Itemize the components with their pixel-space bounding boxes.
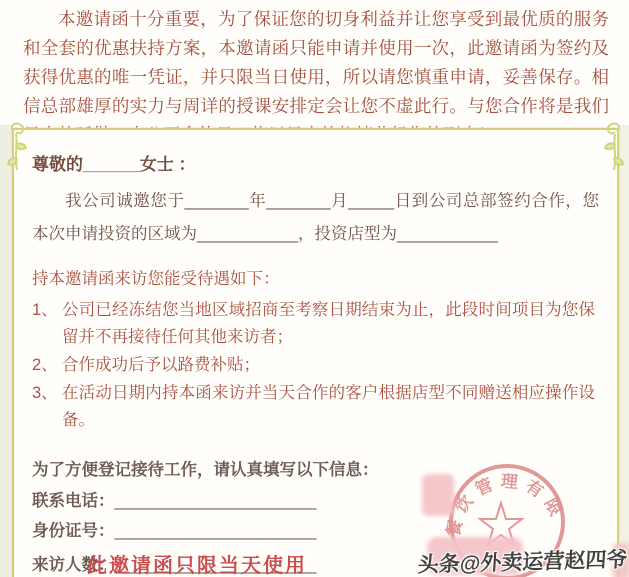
benefit-number: 2、 [32,352,62,379]
censor-blur [422,474,454,516]
benefit-text: 公司已经冻结您当地区域招商至考察日期结束为止，此段时间项目为您保留并不再接待任何… [62,297,599,351]
invitation-paragraph: 我公司诚邀您于_______年_______月_____日到公司总部签约合作，您… [32,185,599,251]
phone-blank-line: ______________________ [115,492,317,510]
watermark: 头条@外卖运营赵四爷 [417,543,628,577]
id-number-blank-line: ______________________ [115,522,317,540]
benefit-text: 在活动日期内持本函来访并当天合作的客户根据店型不同赠送相应操作设备。 [62,380,599,434]
benefit-number: 1、 [32,297,62,351]
stamp-arc-text: 餐饮管理有限 [443,472,569,540]
benefits-heading: 持本邀请函来访您能受待遇如下： [32,265,599,289]
benefit-item: 1、 公司已经冻结您当地区域招商至考察日期结束为止，此段时间项目为您保留并不再接… [32,297,599,351]
footer-note: 此邀请函只限当天使用 [87,549,307,577]
phone-field-label: 联系电话： [32,492,115,510]
invitation-letter-page: 本邀请函十分重要，为了保证您的切身利益并让您享受到最优质的服务和全套的优惠扶持方… [0,0,629,577]
id-number-field-label: 身份证号： [32,522,115,540]
benefits-list: 1、 公司已经冻结您当地区域招商至考察日期结束为止，此段时间项目为您保留并不再接… [32,297,599,434]
benefit-text: 合作成功后予以路费补贴； [62,352,599,379]
benefit-item: 3、 在活动日期内持本函来访并当天合作的客户根据店型不同赠送相应操作设备。 [32,380,599,434]
benefit-number: 3、 [32,380,62,434]
benefit-item: 2、 合作成功后予以路费补贴； [32,352,599,379]
salutation-line: 尊敬的______女士 ： [32,150,599,175]
left-margin-strip [0,125,12,577]
right-margin-strip [619,125,629,577]
